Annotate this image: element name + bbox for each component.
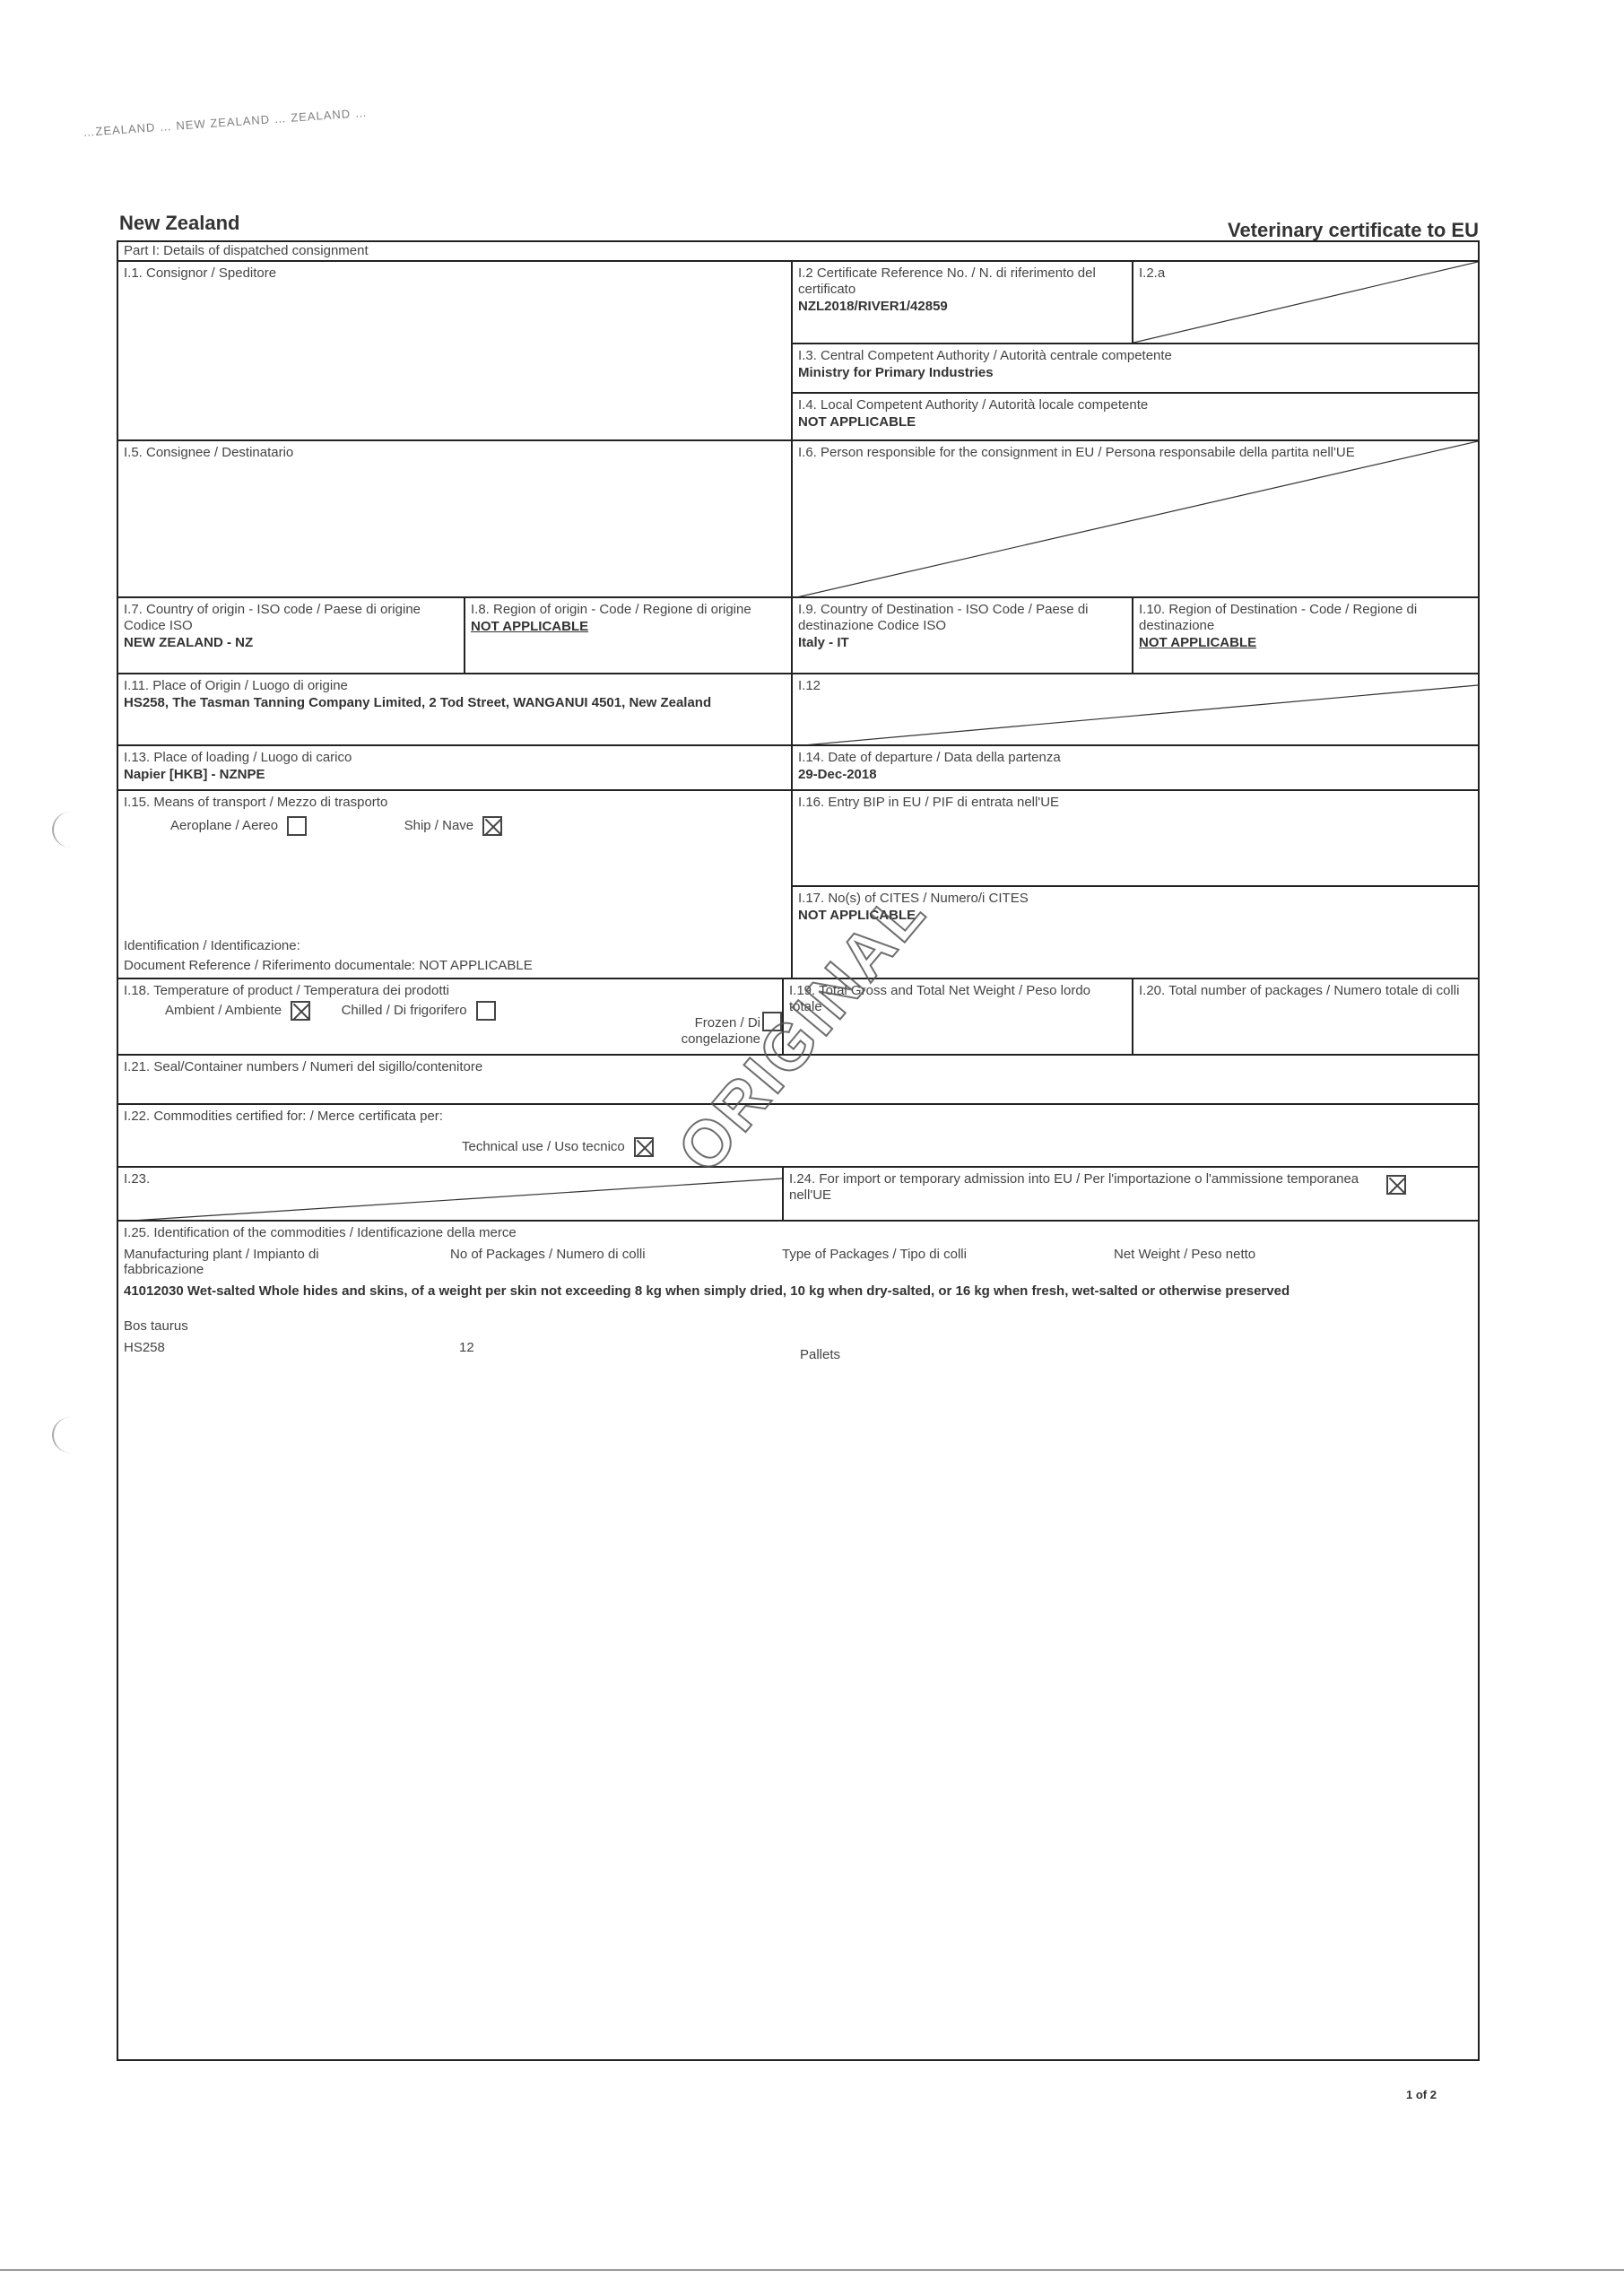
i13-label: I.13. Place of loading / Luogo di carico	[124, 750, 786, 766]
i18-label: I.18. Temperature of product / Temperatu…	[124, 983, 777, 999]
i2-value: NZL2018/RIVER1/42859	[798, 298, 1126, 315]
row-certified-for: I.22. Commodities certified for: / Merce…	[118, 1103, 1478, 1168]
chilled-option-label: Chilled / Di frigorifero	[342, 1003, 467, 1018]
box-i15-transport: I.15. Means of transport / Mezzo di tras…	[118, 791, 791, 979]
box-i20-packages: I.20. Total number of packages / Numero …	[1132, 979, 1478, 1056]
i22-label: I.22. Commodities certified for: / Merce…	[124, 1109, 1472, 1125]
i3-value: Ministry for Primary Industries	[798, 364, 1472, 381]
i1-label: I.1. Consignor / Speditore	[124, 265, 786, 282]
i4-value: NOT APPLICABLE	[798, 413, 1472, 430]
i2-label: I.2 Certificate Reference No. / N. di ri…	[798, 265, 1126, 298]
i15-document-reference: Document Reference / Riferimento documen…	[124, 958, 533, 974]
commodity-plant: HS258	[124, 1340, 165, 1356]
box-i14-departure-date: I.14. Date of departure / Data della par…	[791, 746, 1478, 791]
box-i3-central-authority: I.3. Central Competent Authority / Autor…	[793, 343, 1478, 392]
part-title: Part I: Details of dispatched consignmen…	[124, 243, 369, 258]
i25-label: I.25. Identification of the commodities …	[124, 1225, 1472, 1241]
page-number: 1 of 2	[1406, 2088, 1437, 2101]
i6-label: I.6. Person responsible for the consignm…	[798, 445, 1472, 461]
chilled-checkbox[interactable]	[476, 1001, 496, 1021]
aeroplane-option-label: Aeroplane / Aereo	[170, 818, 278, 833]
strike-through-line	[793, 441, 1478, 598]
certificate-title: Veterinary certificate to EU	[1228, 219, 1479, 242]
box-i5-consignee: I.5. Consignee / Destinatario	[118, 441, 791, 598]
row-consignee: I.5. Consignee / Destinatario I.6. Perso…	[118, 439, 1478, 598]
box-i11-place-origin: I.11. Place of Origin / Luogo di origine…	[118, 674, 791, 746]
ship-checkbox-checked[interactable]	[482, 816, 502, 836]
i14-label: I.14. Date of departure / Data della par…	[798, 750, 1472, 766]
col-header-manufacturing-plant: Manufacturing plant / Impianto di fabbri…	[124, 1247, 357, 1277]
i10-value: NOT APPLICABLE	[1139, 634, 1472, 651]
box-i8-region-origin: I.8. Region of origin - Code / Regione d…	[464, 598, 791, 674]
ship-option-label: Ship / Nave	[404, 818, 474, 833]
box-i12: I.12	[791, 674, 1478, 746]
certificate-form: Part I: Details of dispatched consignmen…	[117, 240, 1480, 2061]
import-checkbox-checked[interactable]	[1386, 1175, 1406, 1195]
commodity-species: Bos taurus	[124, 1318, 188, 1335]
i20-label: I.20. Total number of packages / Numero …	[1139, 983, 1472, 999]
i10-label: I.10. Region of Destination - Code / Reg…	[1139, 602, 1472, 634]
punch-hole-mark	[52, 1417, 90, 1453]
i24-label: I.24. For import or temporary admission …	[789, 1171, 1363, 1204]
box-i10-region-destination: I.10. Region of Destination - Code / Reg…	[1132, 598, 1478, 674]
row-transport: I.15. Means of transport / Mezzo di tras…	[118, 789, 1478, 979]
row-consignor: I.1. Consignor / Speditore I.2 Certifica…	[118, 260, 1478, 441]
i7-label: I.7. Country of origin - ISO code / Paes…	[124, 602, 458, 634]
box-i25-commodities: I.25. Identification of the commodities …	[118, 1222, 1478, 2059]
col-header-net-weight: Net Weight / Peso netto	[1114, 1247, 1255, 1262]
part-header-row: Part I: Details of dispatched consignmen…	[118, 242, 1478, 260]
box-i18-temperature: I.18. Temperature of product / Temperatu…	[118, 979, 782, 1056]
box-i16-entry-bip: I.16. Entry BIP in EU / PIF di entrata n…	[793, 791, 1478, 885]
box-i1-consignor: I.1. Consignor / Speditore	[118, 262, 791, 441]
row-loading-departure: I.13. Place of loading / Luogo di carico…	[118, 744, 1478, 791]
box-i23: I.23.	[118, 1168, 782, 1222]
i11-value: HS258, The Tasman Tanning Company Limite…	[124, 694, 786, 711]
ambient-checkbox-checked[interactable]	[291, 1001, 310, 1021]
i16-label: I.16. Entry BIP in EU / PIF di entrata n…	[798, 795, 1472, 811]
i8-label: I.8. Region of origin - Code / Regione d…	[471, 602, 786, 618]
i2a-label: I.2.a	[1139, 265, 1472, 282]
col-header-type-packages: Type of Packages / Tipo di colli	[782, 1247, 967, 1262]
i9-value: Italy - IT	[798, 634, 1126, 651]
col-header-number-packages: No of Packages / Numero di colli	[450, 1247, 646, 1262]
i4-label: I.4. Local Competent Authority / Autorit…	[798, 397, 1472, 413]
box-i22-certified-for: I.22. Commodities certified for: / Merce…	[118, 1105, 1478, 1168]
box-i2-i4: I.2 Certificate Reference No. / N. di ri…	[791, 262, 1478, 441]
commodity-package-type: Pallets	[800, 1347, 840, 1363]
box-i7-country-origin: I.7. Country of origin - ISO code / Paes…	[118, 598, 464, 674]
i3-label: I.3. Central Competent Authority / Autor…	[798, 348, 1472, 364]
i15-label: I.15. Means of transport / Mezzo di tras…	[124, 795, 786, 811]
ambient-option-label: Ambient / Ambiente	[165, 1003, 282, 1018]
row-i23-i24: I.23. I.24. For import or temporary admi…	[118, 1166, 1478, 1222]
i23-label: I.23.	[124, 1171, 777, 1187]
box-i24-import: I.24. For import or temporary admission …	[782, 1168, 1478, 1222]
commodity-description: 41012030 Wet-salted Whole hides and skin…	[124, 1283, 1460, 1300]
aeroplane-checkbox[interactable]	[287, 816, 307, 836]
i9-label: I.9. Country of Destination - ISO Code /…	[798, 602, 1126, 634]
row-commodities: I.25. Identification of the commodities …	[118, 1220, 1478, 2059]
row-place-origin: I.11. Place of Origin / Luogo di origine…	[118, 673, 1478, 746]
i15-identification: Identification / Identificazione:	[124, 938, 300, 954]
technical-use-checkbox-checked[interactable]	[634, 1137, 654, 1157]
issuing-country: New Zealand	[119, 212, 239, 235]
i7-value: NEW ZEALAND - NZ	[124, 634, 458, 651]
i12-label: I.12	[798, 678, 1472, 694]
i8-value: NOT APPLICABLE	[471, 618, 786, 635]
i11-label: I.11. Place of Origin / Luogo di origine	[124, 678, 786, 694]
box-i9-country-destination: I.9. Country of Destination - ISO Code /…	[791, 598, 1132, 674]
box-i4-local-authority: I.4. Local Competent Authority / Autorit…	[793, 392, 1478, 441]
i5-label: I.5. Consignee / Destinatario	[124, 445, 786, 461]
technical-use-label: Technical use / Uso tecnico	[462, 1139, 625, 1154]
box-i2a: I.2.a	[1132, 262, 1478, 343]
punch-hole-mark	[52, 812, 90, 848]
commodity-package-count: 12	[459, 1340, 474, 1356]
i14-value: 29-Dec-2018	[798, 766, 1472, 783]
row-origin-destination: I.7. Country of origin - ISO code / Paes…	[118, 596, 1478, 674]
box-i2-reference: I.2 Certificate Reference No. / N. di ri…	[793, 262, 1132, 343]
box-i13-place-loading: I.13. Place of loading / Luogo di carico…	[118, 746, 791, 791]
scan-edge-line	[0, 2269, 1624, 2271]
scan-header-noise: …ZEALAND … NEW ZEALAND … ZEALAND …	[83, 75, 804, 215]
i13-value: Napier [HKB] - NZNPE	[124, 766, 786, 783]
box-i6-responsible-person: I.6. Person responsible for the consignm…	[791, 441, 1478, 598]
